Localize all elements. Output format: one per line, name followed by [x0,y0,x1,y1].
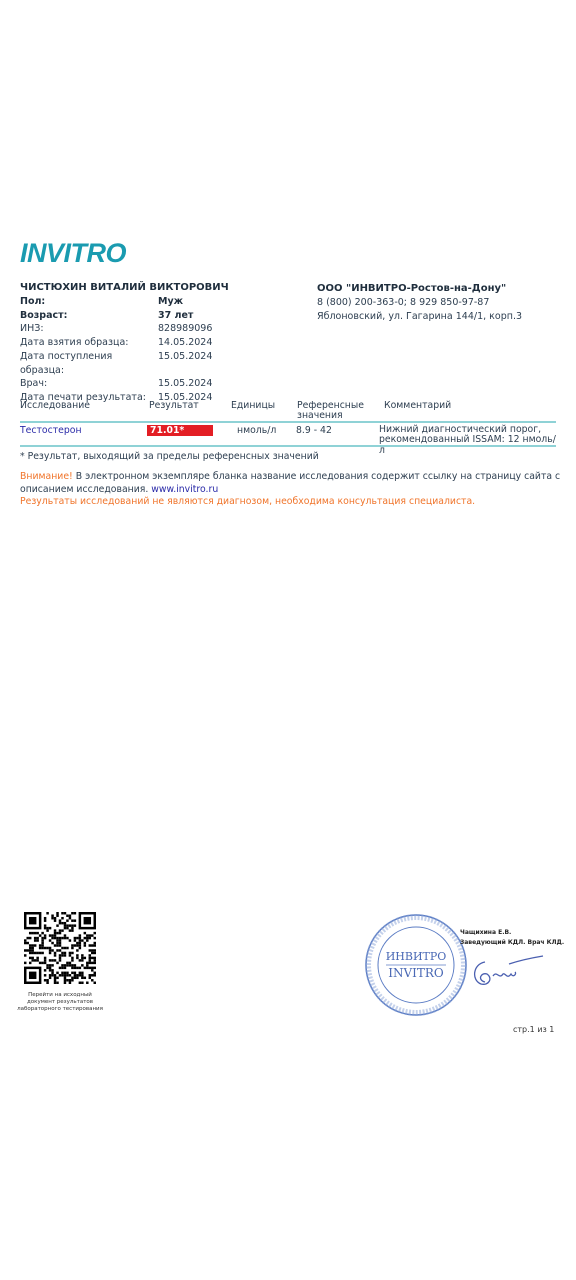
col-result: Результат [149,400,199,411]
warning-label: Внимание! [20,471,73,482]
field-age: Возраст:37 лет [20,309,212,323]
warning-block: Внимание! В электронном экземпляре бланк… [20,471,565,509]
stamp-icon: ИНВИТРО INVITRO [364,913,468,1017]
divider [20,445,556,447]
qr-caption: Перейти на исходный документ результатов… [16,992,104,1013]
patient-name: ЧИСТЮХИН ВИТАЛИЙ ВИКТОРОВИЧ [20,282,229,293]
signer-name: Чащихина Е.В. [460,928,564,938]
org-address: Яблоновский, ул. Гагарина 144/1, корп.3 [317,310,522,324]
col-comment: Комментарий [384,400,451,411]
footnote: * Результат, выходящий за пределы рефере… [20,451,319,462]
invitro-link[interactable]: www.invitro.ru [151,484,218,495]
table-row: Тестостерон 71.01* нмоль/л 8.9 - 42 Нижн… [20,423,556,445]
signer: Чащихина Е.В. Заведующий КДЛ. Врач КЛД. [460,928,564,948]
field-inz: ИНЗ:828989096 [20,322,212,336]
field-doctor: Врач:15.05.2024 [20,377,212,391]
field-sample-date: Дата взятия образца:14.05.2024 [20,336,212,350]
col-units: Единицы [231,400,275,411]
signature-icon [465,950,545,995]
patient-info: Пол:Муж Возраст:37 лет ИНЗ:828989096 Дат… [20,295,212,405]
field-sex: Пол:Муж [20,295,212,309]
field-received-date: Дата поступления образца:15.05.2024 [20,350,212,377]
result-value: 71.01* [147,425,213,436]
col-reference-2: значения [297,410,343,421]
table-header: Исследование Результат Единицы Референсн… [20,400,556,422]
col-study: Исследование [20,400,90,411]
svg-text:ИНВИТРО: ИНВИТРО [386,950,447,963]
warning-text: В электронном экземпляре бланка название… [20,471,560,495]
study-link[interactable]: Тестостерон [20,425,82,436]
org-phones: 8 (800) 200-363-0; 8 929 850-97-87 [317,296,522,310]
org-name: ООО "ИНВИТРО-Ростов-на-Дону" [317,282,522,296]
reference-range: 8.9 - 42 [296,425,332,436]
page-number: стр.1 из 1 [513,1025,554,1034]
organization-info: ООО "ИНВИТРО-Ростов-на-Дону" 8 (800) 200… [317,282,522,323]
svg-text:INVITRO: INVITRO [388,966,444,980]
qr-code[interactable] [24,912,96,984]
signer-title: Заведующий КДЛ. Врач КЛД. [460,938,564,948]
invitro-logo: INVITRO [20,238,126,269]
units: нмоль/л [237,425,276,436]
disclaimer: Результаты исследований не являются диаг… [20,496,475,507]
